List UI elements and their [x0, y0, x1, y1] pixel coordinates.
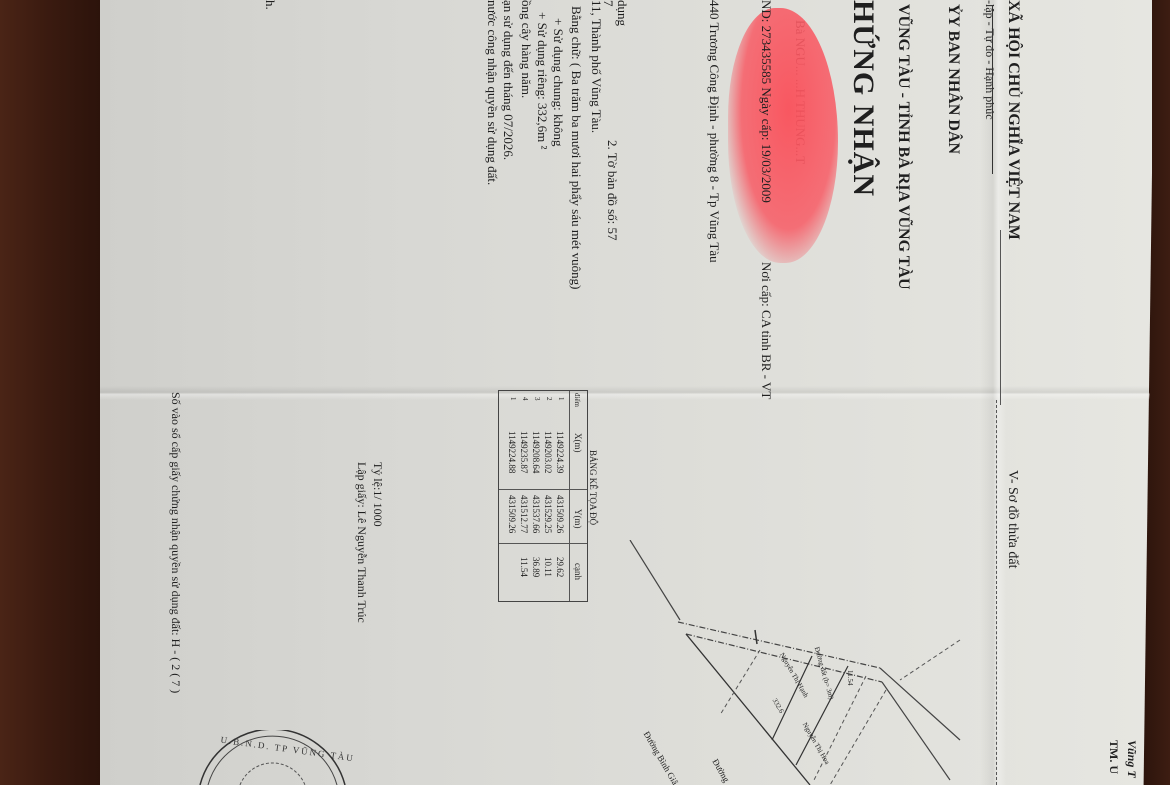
header-rule — [1000, 230, 1001, 405]
table-cell-edge: 11.54 — [519, 557, 529, 577]
table-cell-x: 1149235.87 — [519, 431, 529, 473]
table-divider — [499, 543, 587, 544]
location: 11, Thành phố Vũng Tàu. — [588, 0, 604, 133]
motto: -lập - Tự do - Hạnh phúc — [982, 0, 997, 120]
private-use: + Sử dụng riêng: 332,6m ² — [534, 12, 550, 149]
table-cell-y: 431509.26 — [555, 495, 565, 533]
border-dashed — [996, 400, 997, 785]
table-cell-y: 431512.77 — [519, 495, 529, 533]
area-in-words: Bằng chữ: ( Ba trăm ba mươi hai phẩy sáu… — [568, 6, 584, 289]
map-sheet-number: 2. Tờ bản đồ số: 57 — [604, 140, 620, 241]
province-heading: VŨNG TÀU - TỈNH BÀ RỊA VŨNG TÀU — [894, 4, 912, 290]
header-x: X(m) — [573, 433, 583, 453]
table-cell-x: 1149208.64 — [531, 431, 541, 473]
map-edge-label: 11.54 — [846, 670, 854, 686]
table-cell-point: 4 — [521, 397, 529, 401]
country-heading: XÃ HỘI CHỦ NGHĨA VIỆT NAM — [1004, 0, 1022, 240]
map-scale: Tỷ lệ:1/ 1000 — [370, 462, 385, 527]
header-point: điểm — [573, 393, 581, 407]
left-fragment: h. — [262, 0, 278, 10]
wood-table-left — [0, 0, 100, 785]
table-cell-x: 1149203.02 — [543, 431, 553, 473]
prepared-by: Lập giấy: Lê Nguyễn Thanh Trúc — [354, 462, 369, 623]
shared-use: + Sử dụng chung: không — [550, 18, 566, 147]
fragment-dung: dụng — [614, 0, 630, 26]
table-divider — [499, 489, 587, 490]
signature-title: TM. U — [1106, 740, 1121, 774]
table-cell-y: 431537.66 — [531, 495, 541, 533]
table-cell-edge: 36.89 — [531, 557, 541, 577]
table-cell-y: 431509.26 — [507, 495, 517, 533]
table-cell-point: 2 — [545, 397, 553, 401]
certificate-title: HỨNG NHẬN — [846, 0, 880, 197]
table-cell-x: 1149224.88 — [507, 431, 517, 473]
table-cell-point: 1 — [557, 397, 565, 401]
registry-number: Số vào sổ cấp giấy chứng nhận quyền sử d… — [168, 392, 183, 693]
table-header-divider — [569, 391, 570, 601]
committee-heading: ỶY BAN NHÂN DÂN — [944, 4, 962, 154]
recognition: nước công nhận quyền sử dụng đất. — [484, 0, 500, 185]
table-cell-y: 431529.25 — [543, 495, 553, 533]
header-edge: cạnh — [573, 563, 583, 580]
table-cell-x: 1149224.39 — [555, 431, 565, 473]
table-cell-point: 1 — [509, 397, 517, 401]
use-term: ạn sử dụng đến tháng 07/2026. — [500, 0, 516, 160]
coord-table-title: BẢNG KÊ TỌA ĐỘ — [588, 450, 598, 525]
section-title-site-plan: V- Sơ đồ thửa đất — [1004, 470, 1020, 568]
table-cell-edge: 29.62 — [555, 557, 565, 577]
header-y: Y(m) — [573, 509, 583, 529]
owner-id-line: ND: 273435585 Ngày cấp: 19/03/2009 — [758, 0, 774, 203]
issued-by: Nơi cấp: CA tỉnh BR - VT — [758, 262, 774, 399]
coord-table: điểm X(m) Y(m) cạnh 1 2 3 4 1 1149224.39… — [498, 390, 588, 602]
land-purpose: ồng cây hàng năm. — [518, 0, 534, 98]
owner-address: 440 Trương Công Định - phường 8 - Tp Vũn… — [706, 0, 722, 263]
table-cell-edge: 10.11 — [543, 557, 553, 577]
signature-place: Vũng T — [1124, 740, 1139, 778]
table-cell-point: 3 — [533, 397, 541, 401]
motto-underline — [992, 6, 993, 174]
